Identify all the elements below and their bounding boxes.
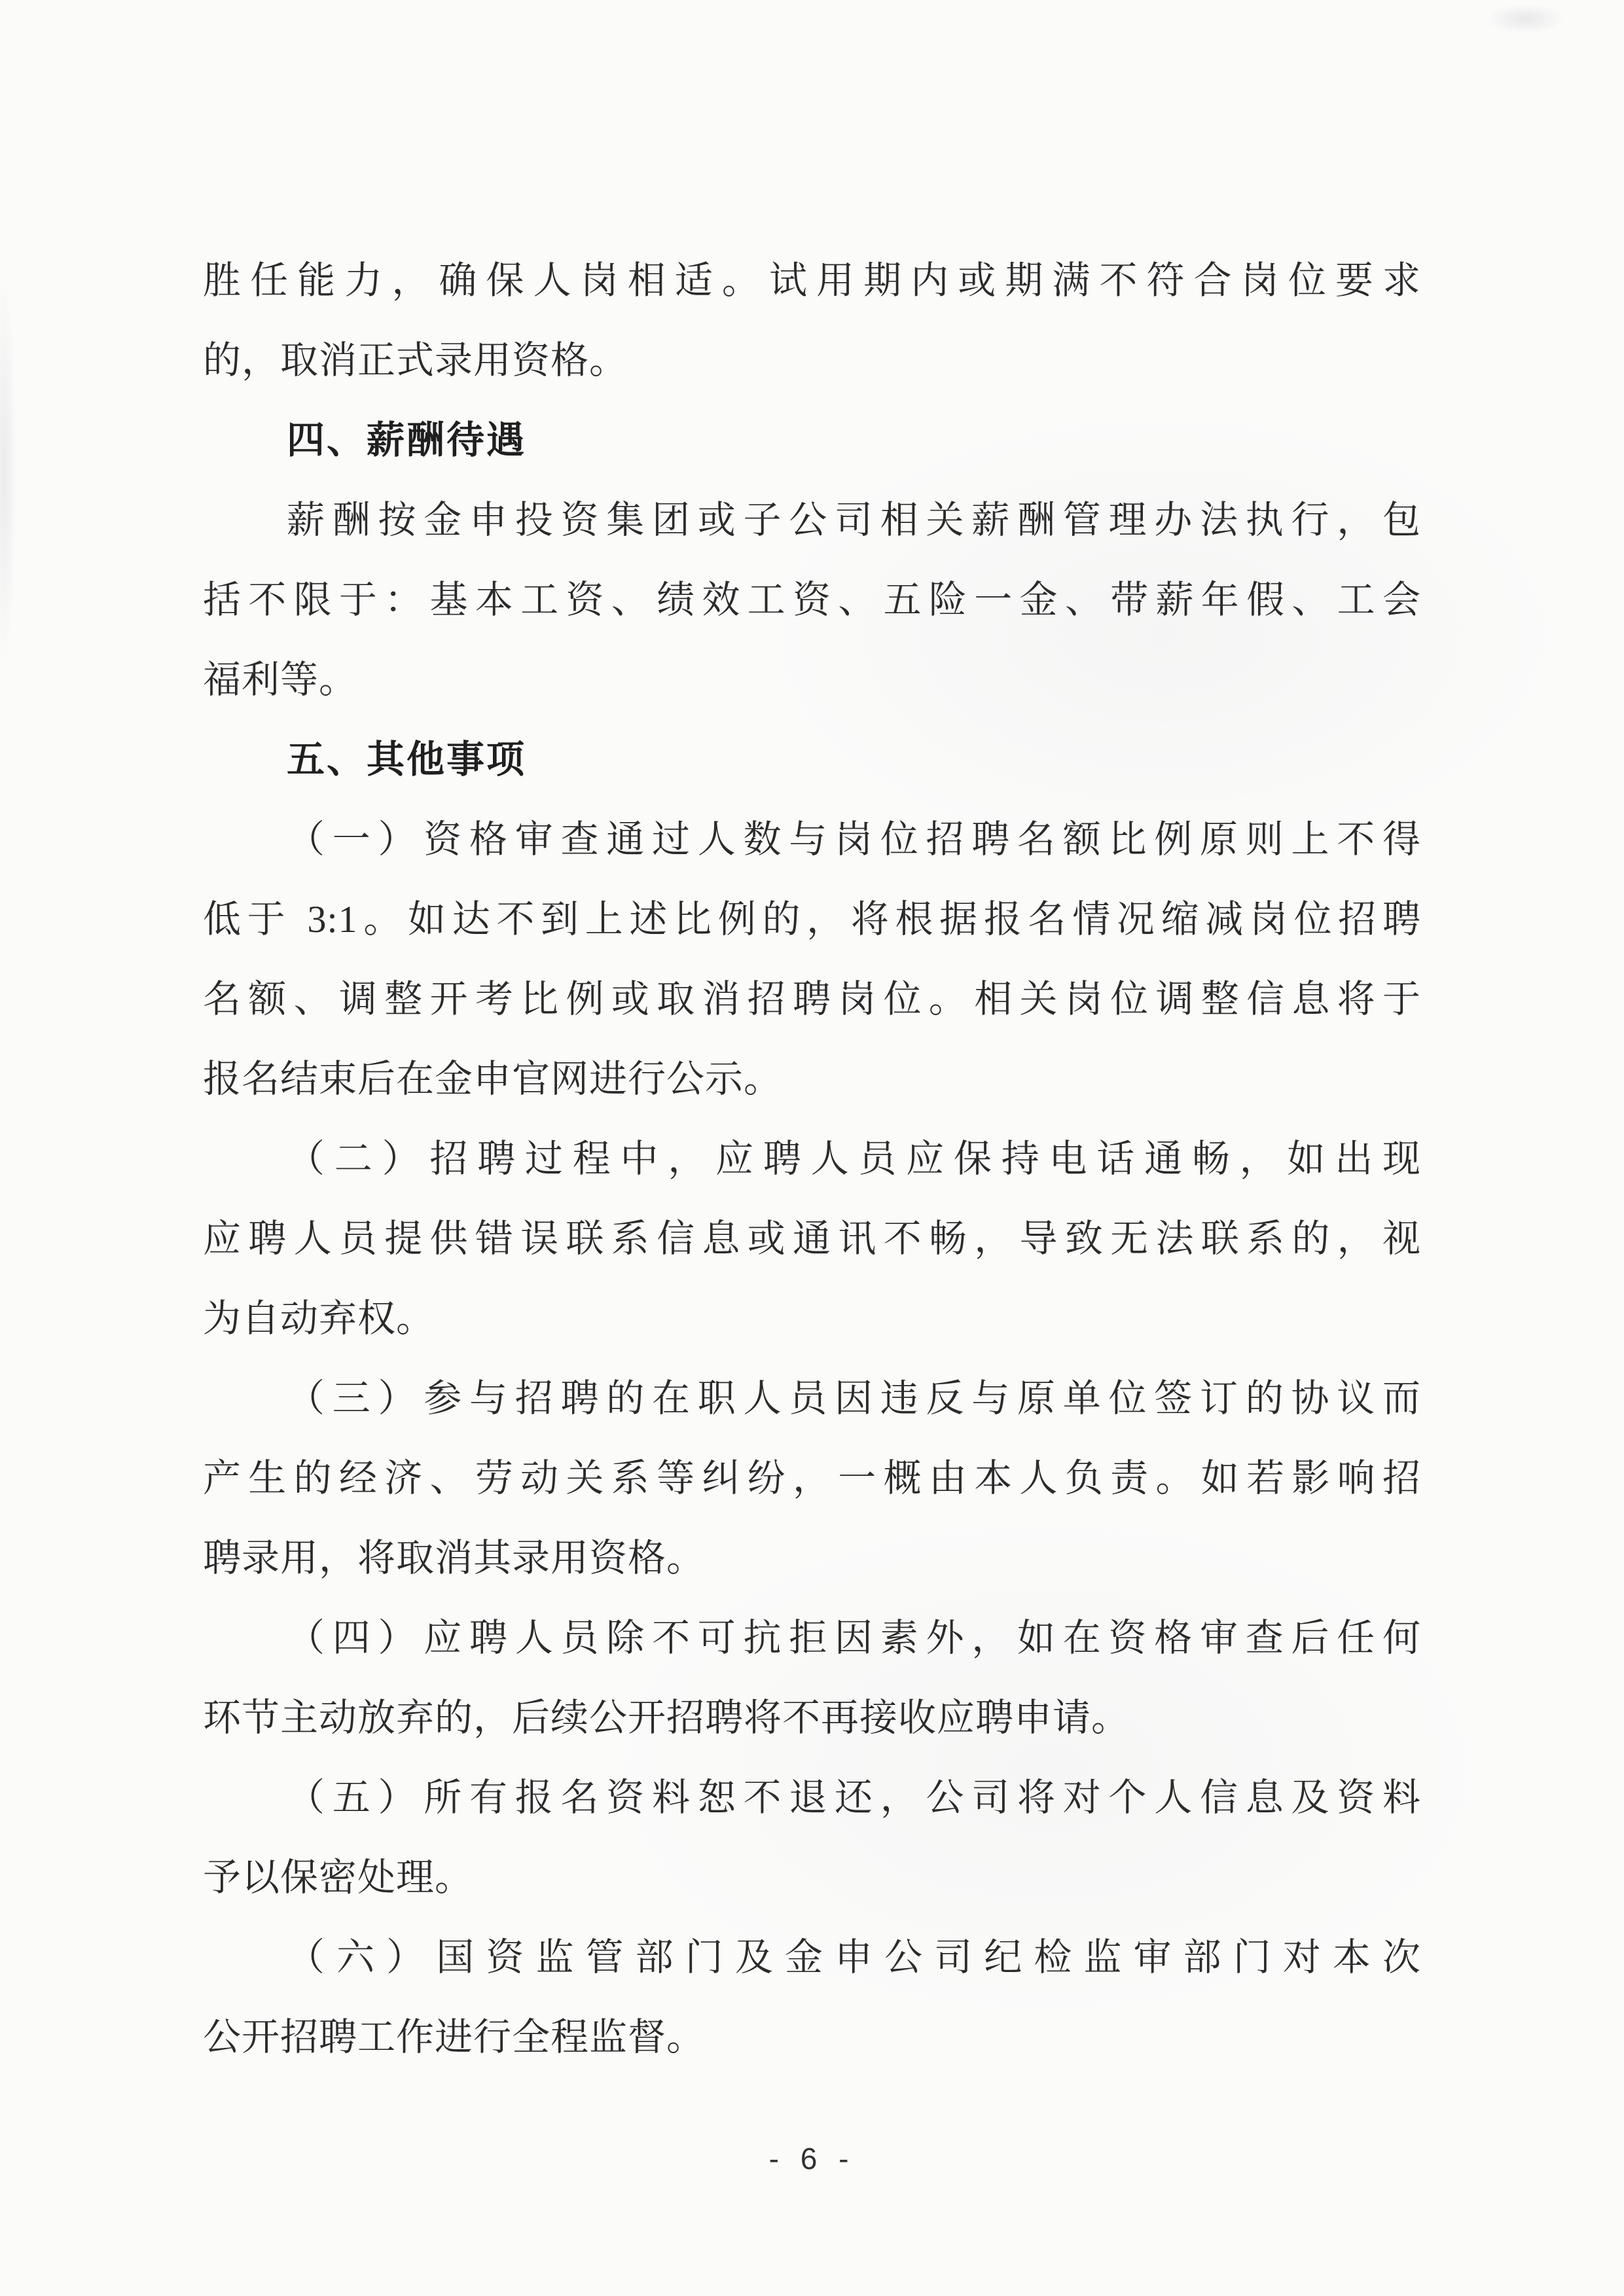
body-text-line: （四）应聘人员除不可抗拒因素外，如在资格审查后任何 [203,1598,1421,1678]
body-text-line: 括不限于：基本工资、绩效工资、五险一金、带薪年假、工会 [203,560,1421,640]
page-number: - 6 - [0,2139,1624,2178]
body-text-line: 的，取消正式录用资格。 [203,321,1421,401]
body-text-line: 应聘人员提供错误联系信息或通讯不畅，导致无法联系的，视 [203,1199,1421,1279]
body-text-line: 胜任能力，确保人岗相适。试用期内或期满不符合岗位要求 [203,241,1421,321]
body-text-line: 名额、调整开考比例或取消招聘岗位。相关岗位调整信息将于 [203,960,1421,1039]
body-text-line: 福利等。 [203,640,1421,720]
body-text-line: 薪酬按金申投资集团或子公司相关薪酬管理办法执行，包 [203,480,1421,560]
scan-speck [1486,4,1564,34]
body-text-line: （三）参与招聘的在职人员因违反与原单位签订的协议而 [203,1359,1421,1439]
body-text-line: （一）资格审查通过人数与岗位招聘名额比例原则上不得 [203,800,1421,880]
scanned-document-page: 胜任能力，确保人岗相适。试用期内或期满不符合岗位要求的，取消正式录用资格。四、薪… [0,0,1624,2296]
body-text-line: 环节主动放弃的，后续公开招聘将不再接收应聘申请。 [203,1678,1421,1758]
section-heading: 四、薪酬待遇 [203,401,1421,480]
body-text-line: 聘录用，将取消其录用资格。 [203,1518,1421,1598]
body-text-line: （六）国资监管部门及金申公司纪检监审部门对本次 [203,1918,1421,1998]
body-text-line: 为自动弃权。 [203,1279,1421,1359]
body-text-line: 公开招聘工作进行全程监督。 [203,1998,1421,2077]
body-text-line: 予以保密处理。 [203,1838,1421,1918]
document-body: 胜任能力，确保人岗相适。试用期内或期满不符合岗位要求的，取消正式录用资格。四、薪… [203,241,1421,2077]
section-heading: 五、其他事项 [203,720,1421,800]
scan-edge-smudge [0,275,17,668]
body-text-line: 报名结束后在金申官网进行公示。 [203,1039,1421,1119]
body-text-line: （二）招聘过程中，应聘人员应保持电话通畅，如出现 [203,1119,1421,1199]
body-text-line: 低于 3:1。如达不到上述比例的，将根据报名情况缩减岗位招聘 [203,880,1421,960]
body-text-line: 产生的经济、劳动关系等纠纷，一概由本人负责。如若影响招 [203,1439,1421,1518]
body-text-line: （五）所有报名资料恕不退还，公司将对个人信息及资料 [203,1758,1421,1838]
